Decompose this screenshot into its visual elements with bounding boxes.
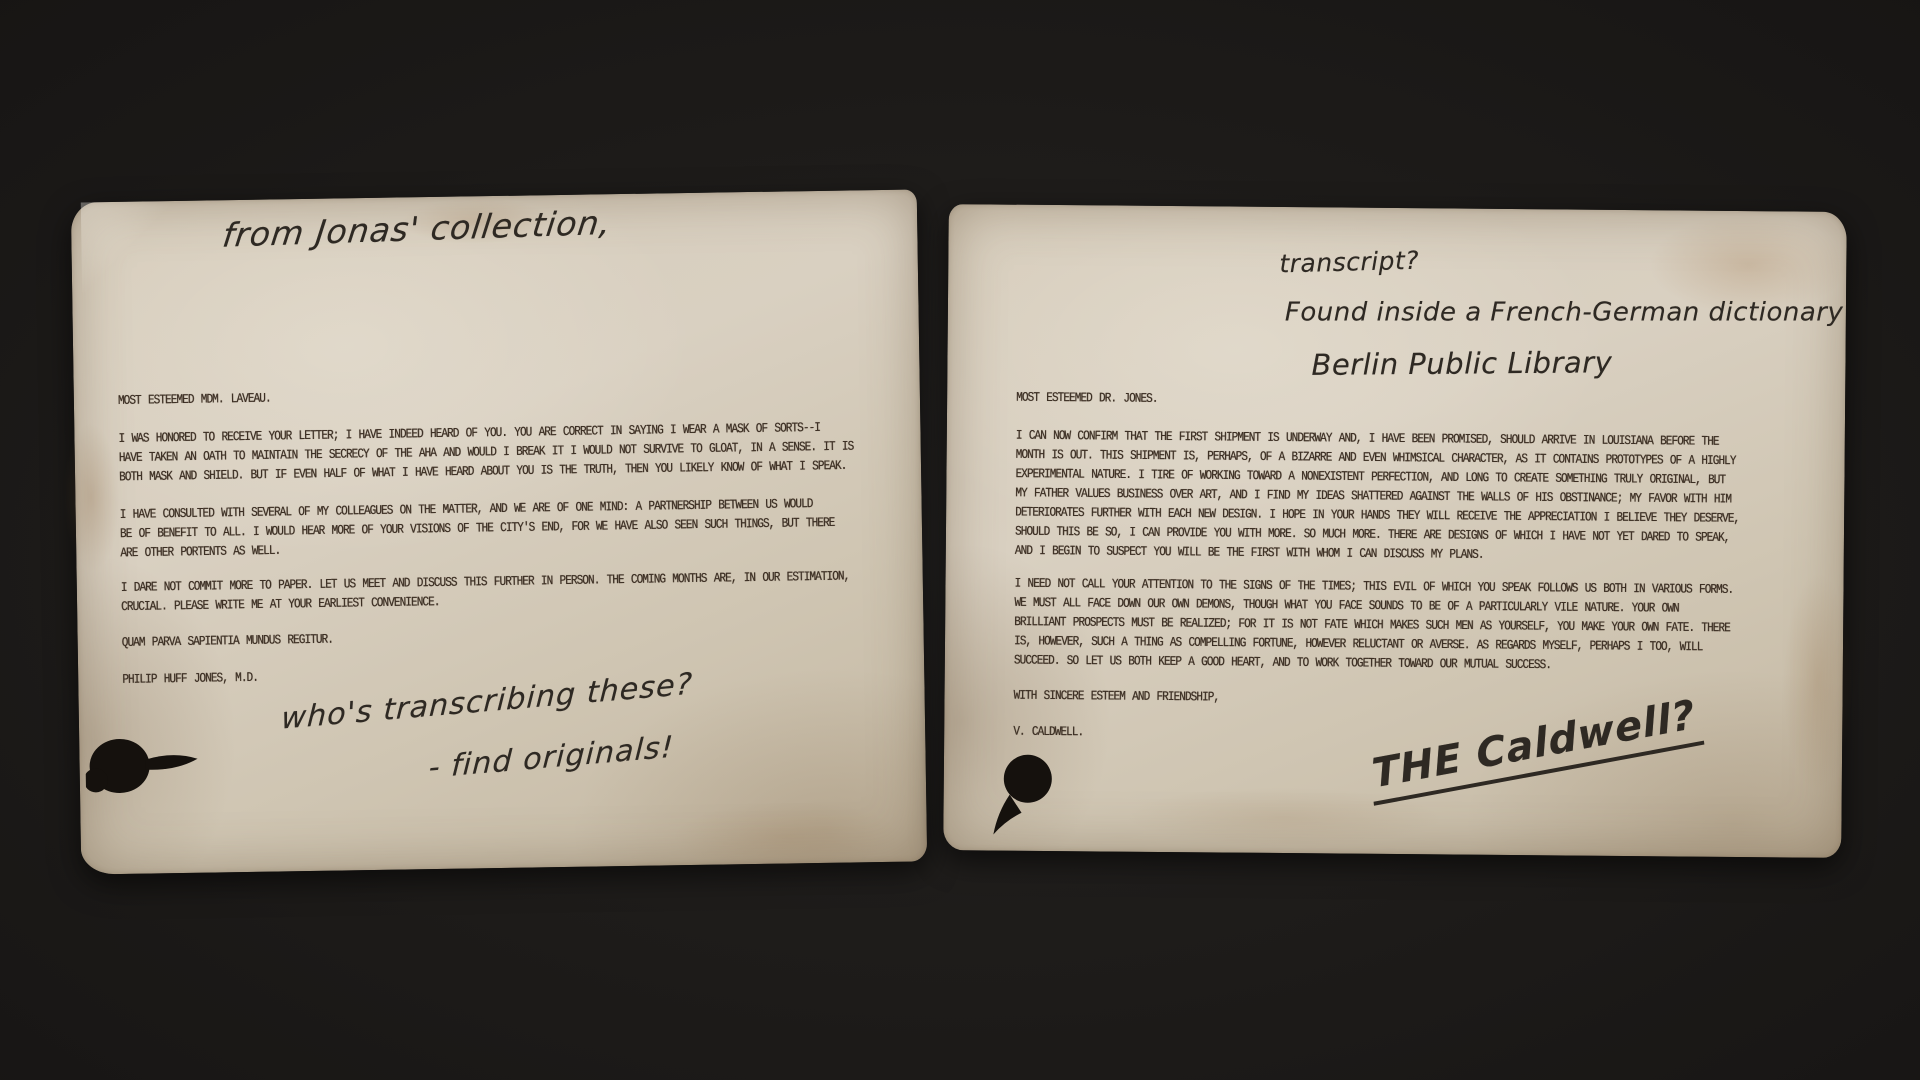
typed-paragraph-1: I CAN NOW CONFIRM THAT THE FIRST SHIPMEN… [1015,427,1740,568]
ink-blot [991,752,1072,851]
right-letter-card[interactable]: transcript? Found inside a French-German… [943,204,1847,858]
typed-salutation: MOST ESTEEMED DR. JONES. [1016,389,1157,409]
handwritten-note-the-caldwell: THE Caldwell? [1368,691,1705,806]
handwritten-note-transcribing: who's transcribing these? [280,667,693,737]
ink-blot [85,729,206,811]
paper-stain [1782,571,1854,792]
typed-closing: WITH SINCERE ESTEEM AND FRIENDSHIP, [1013,687,1219,708]
dark-table-background: { "scene": { "background_color": "#1d1b1… [0,0,1920,1080]
typed-paragraph-2: I NEED NOT CALL YOUR ATTENTION TO THE SI… [1014,575,1733,677]
handwritten-note-library: Berlin Public Library [1311,345,1612,382]
typed-paragraph-1: I WAS HONORED TO RECEIVE YOUR LETTER; I … [118,418,853,487]
paper-crease [81,201,202,293]
handwritten-note-transcript: transcript? [1279,246,1419,279]
handwritten-note-dictionary: Found inside a French-German dictionary [1285,297,1843,327]
typed-signature-caldwell: V. CALDWELL. [1013,723,1083,743]
typed-paragraph-2: I HAVE CONSULTED WITH SEVERAL OF MY COLL… [120,495,835,564]
left-letter-card[interactable]: from Jonas' collection, MOST ESTEEMED MD… [71,189,927,874]
typed-paragraph-3: I DARE NOT COMMIT MORE TO PAPER. LET US … [121,568,850,618]
handwritten-note-find-originals: - find originals! [428,730,675,786]
typed-salutation: MOST ESTEEMED MDM. LAVEAU. [118,390,271,412]
paper-stain [670,800,901,874]
typed-signature-jones: PHILIP HUFF JONES, M.D. [122,669,258,690]
paper-stain [62,422,120,573]
typed-latin-motto: QUAM PARVA SAPIENTIA MUNDUS REGITUR. [122,631,334,654]
handwritten-note-collection: from Jonas' collection, [220,203,613,255]
